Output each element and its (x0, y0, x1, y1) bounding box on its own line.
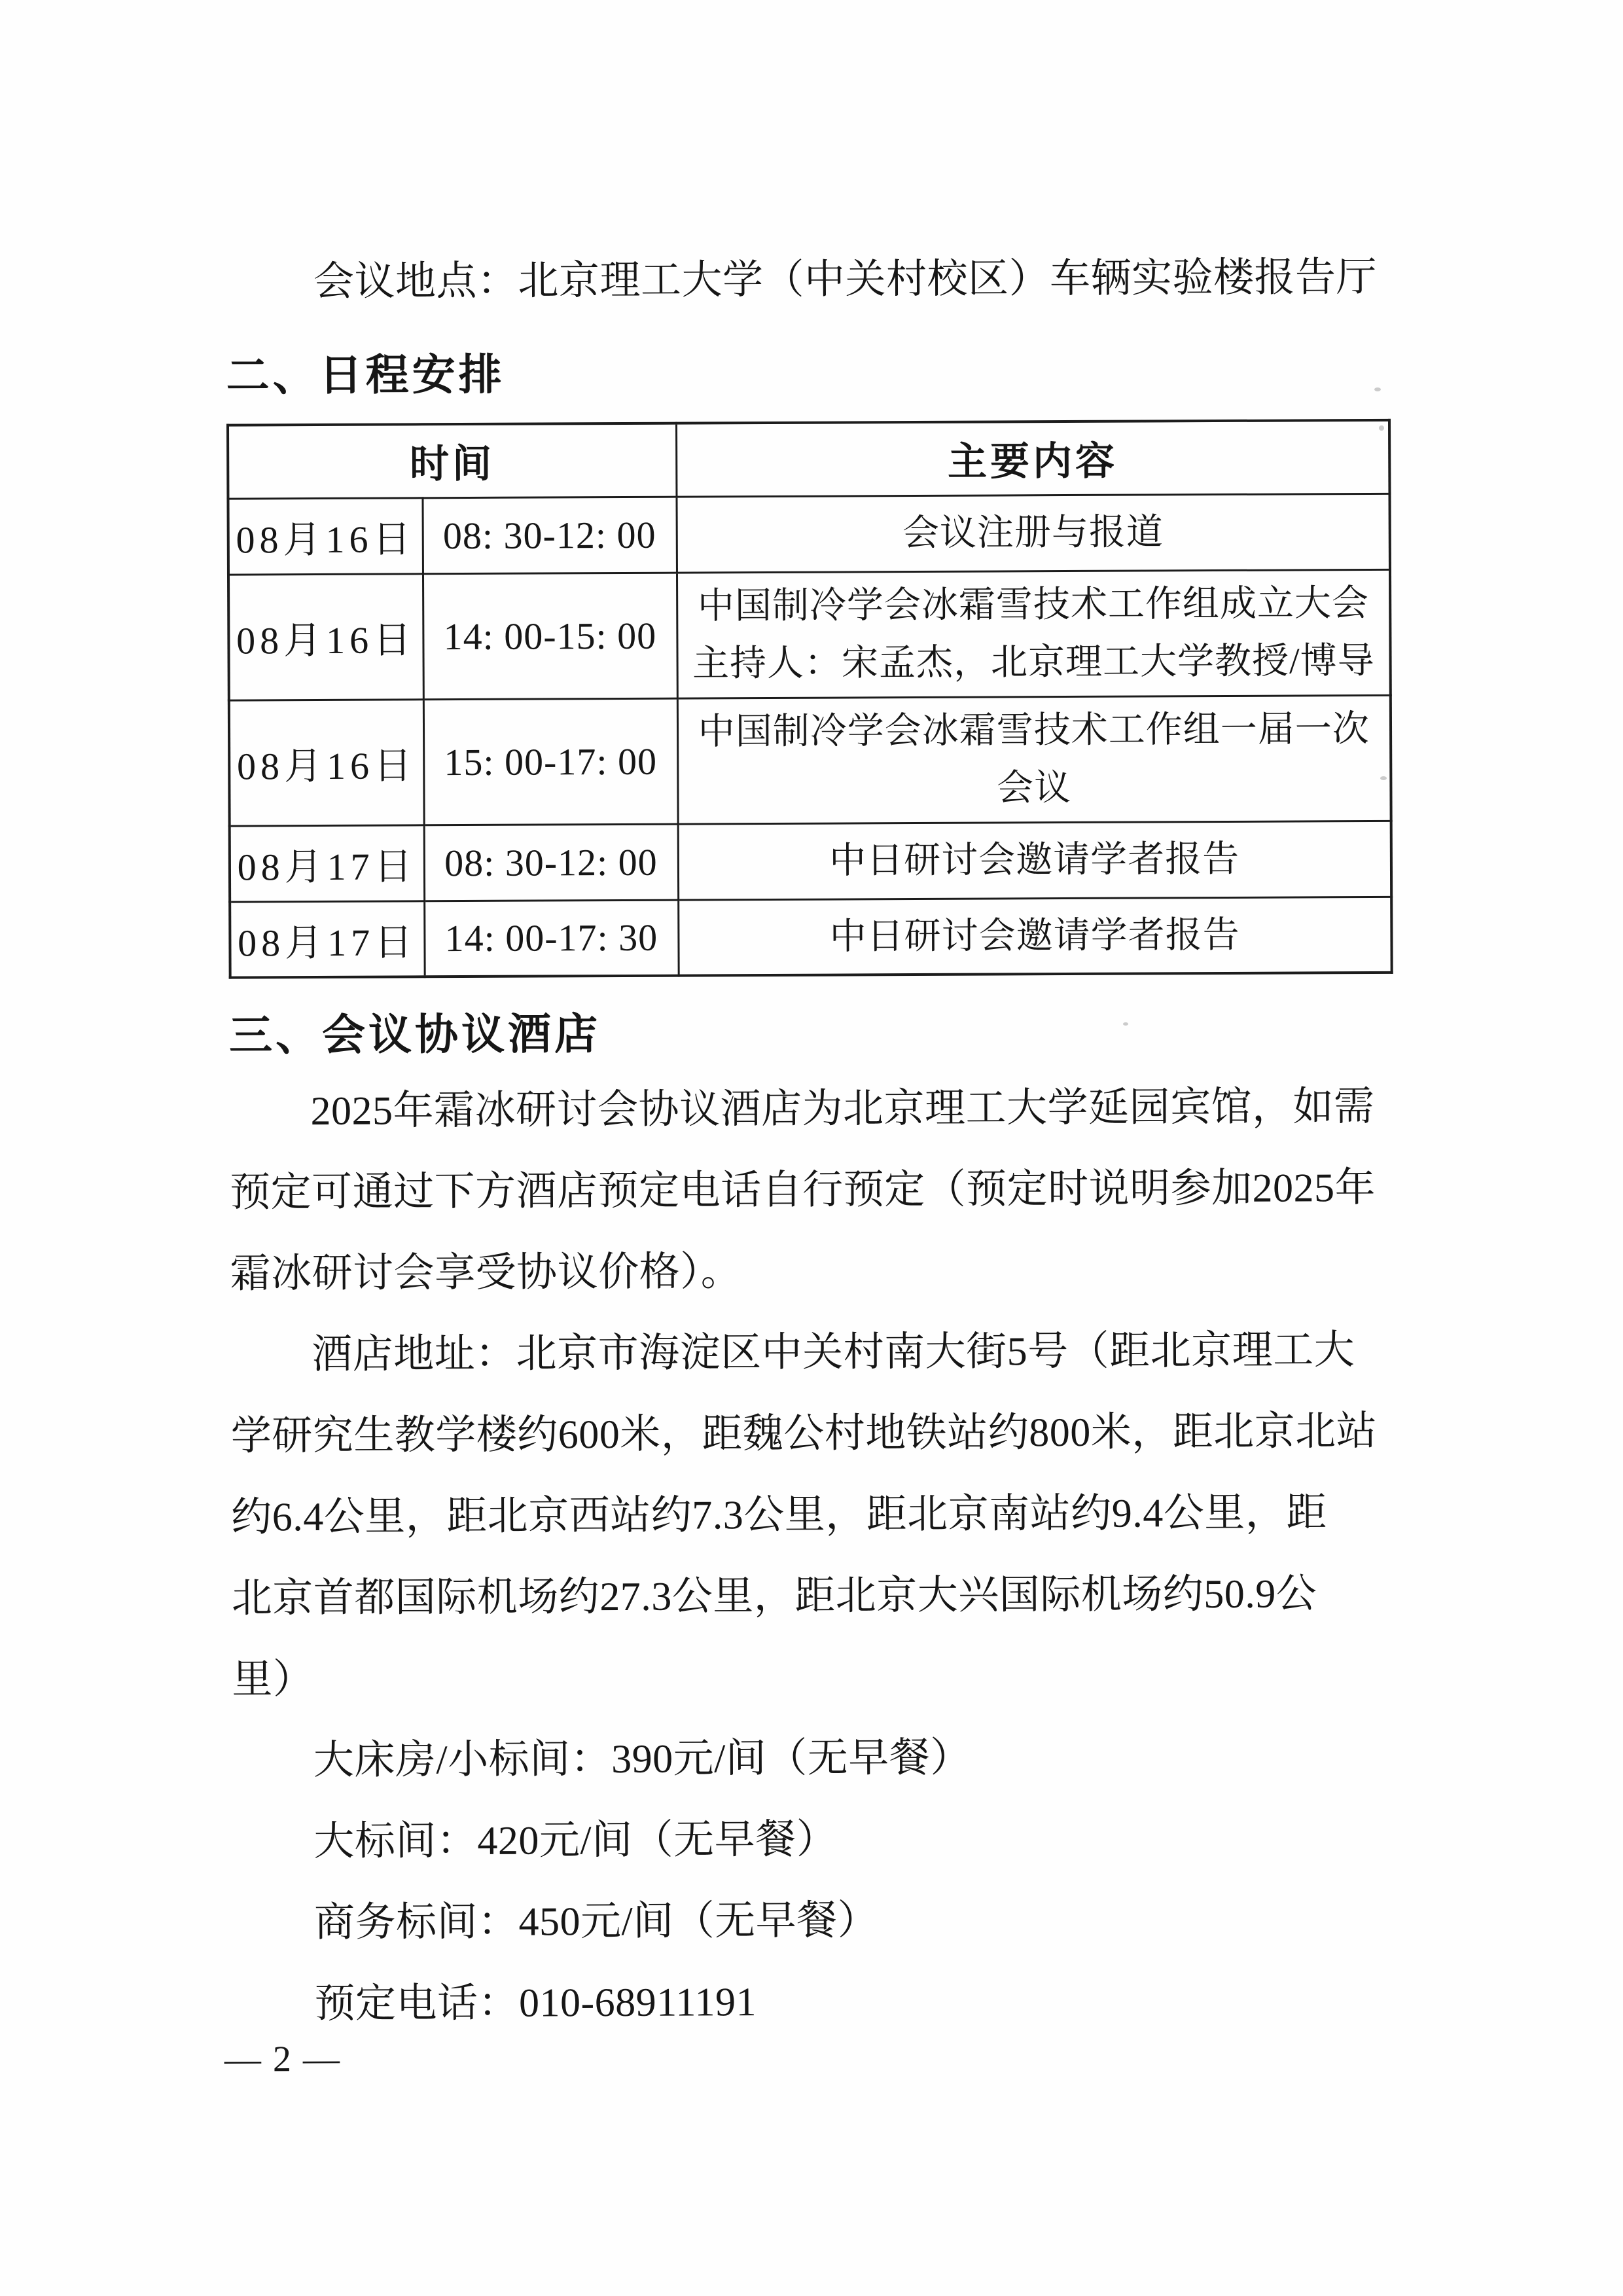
schedule-time-cell: 15: 00-17: 00 (423, 698, 678, 825)
room-rate-line: 商务标间：450元/间（无早餐） (233, 1878, 1395, 1964)
meeting-location-line: 会议地点：北京理工大学（中关村校区）车辆实验楼报告厅 (226, 253, 1387, 307)
scanned-document-page: 会议地点：北京理工大学（中关村校区）车辆实验楼报告厅 二、日程安排 时间 主要内… (0, 0, 1623, 2296)
schedule-header-row: 时间 主要内容 (228, 420, 1389, 499)
scan-artifact (1380, 776, 1387, 780)
page-content: 会议地点：北京理工大学（中关村校区）车辆实验楼报告厅 二、日程安排 时间 主要内… (224, 0, 1396, 2296)
schedule-date-cell: 08月17日 (230, 901, 425, 977)
hotel-address-paragraph: 酒店地址：北京市海淀区中关村南大街5号（距北京理工大 学研究生教学楼约600米，… (230, 1310, 1394, 1721)
scan-artifact (1123, 1022, 1128, 1026)
schedule-header-time: 时间 (228, 423, 676, 499)
schedule-date-cell: 08月17日 (230, 825, 425, 901)
scan-artifact (1379, 425, 1384, 431)
schedule-content-cell: 中国制冷学会冰霜雪技术工作组成立大会 主持人：宋孟杰，北京理工大学教授/博导 (677, 569, 1391, 698)
schedule-table: 时间 主要内容 08月16日 08: 30-12: 00 会议注册与报道 08月… (226, 419, 1393, 979)
section-heading-hotel: 三、会议协议酒店 (229, 1011, 601, 1060)
room-rate-line: 大标间：420元/间（无早餐） (232, 1797, 1395, 1883)
hotel-section-body: 2025年霜冰研讨会协议酒店为北京理工大学延园宾馆，如需 预定可通过下方酒店预定… (229, 1066, 1395, 2045)
schedule-row: 08月17日 14: 00-17: 30 中日研讨会邀请学者报告 (230, 897, 1391, 978)
schedule-time-cell: 08: 30-12: 00 (422, 497, 677, 574)
schedule-content-cell: 会议注册与报道 (676, 493, 1389, 573)
schedule-content-cell: 中日研讨会邀请学者报告 (678, 897, 1391, 976)
section-heading-schedule: 二、日程安排 (226, 351, 505, 401)
schedule-row: 08月16日 15: 00-17: 00 中国制冷学会冰霜雪技术工作组一届一次 … (229, 695, 1391, 826)
scan-artifact (1374, 387, 1381, 391)
schedule-date-cell: 08月16日 (229, 699, 424, 825)
schedule-header-content: 主要内容 (676, 420, 1389, 497)
schedule-content-cell: 中国制冷学会冰霜雪技术工作组一届一次 会议 (677, 695, 1391, 824)
schedule-time-cell: 14: 00-17: 30 (424, 900, 679, 977)
schedule-row: 08月16日 14: 00-15: 00 中国制冷学会冰霜雪技术工作组成立大会 … (228, 569, 1391, 700)
page-number: — 2 — (224, 2038, 341, 2081)
booking-phone-line: 预定电话：010-68911191 (233, 1959, 1395, 2045)
schedule-time-cell: 08: 30-12: 00 (424, 824, 679, 901)
schedule-time-cell: 14: 00-15: 00 (423, 573, 677, 700)
schedule-content-cell: 中日研讨会邀请学者报告 (678, 821, 1391, 900)
schedule-row: 08月16日 08: 30-12: 00 会议注册与报道 (228, 493, 1389, 575)
hotel-intro-paragraph: 2025年霜冰研讨会协议酒店为北京理工大学延园宾馆，如需 预定可通过下方酒店预定… (229, 1066, 1392, 1315)
schedule-date-cell: 08月16日 (228, 497, 423, 574)
schedule-date-cell: 08月16日 (228, 573, 423, 700)
room-rate-line: 大床房/小标间：390元/间（无早餐） (232, 1715, 1395, 1802)
schedule-row: 08月17日 08: 30-12: 00 中日研讨会邀请学者报告 (230, 821, 1391, 902)
